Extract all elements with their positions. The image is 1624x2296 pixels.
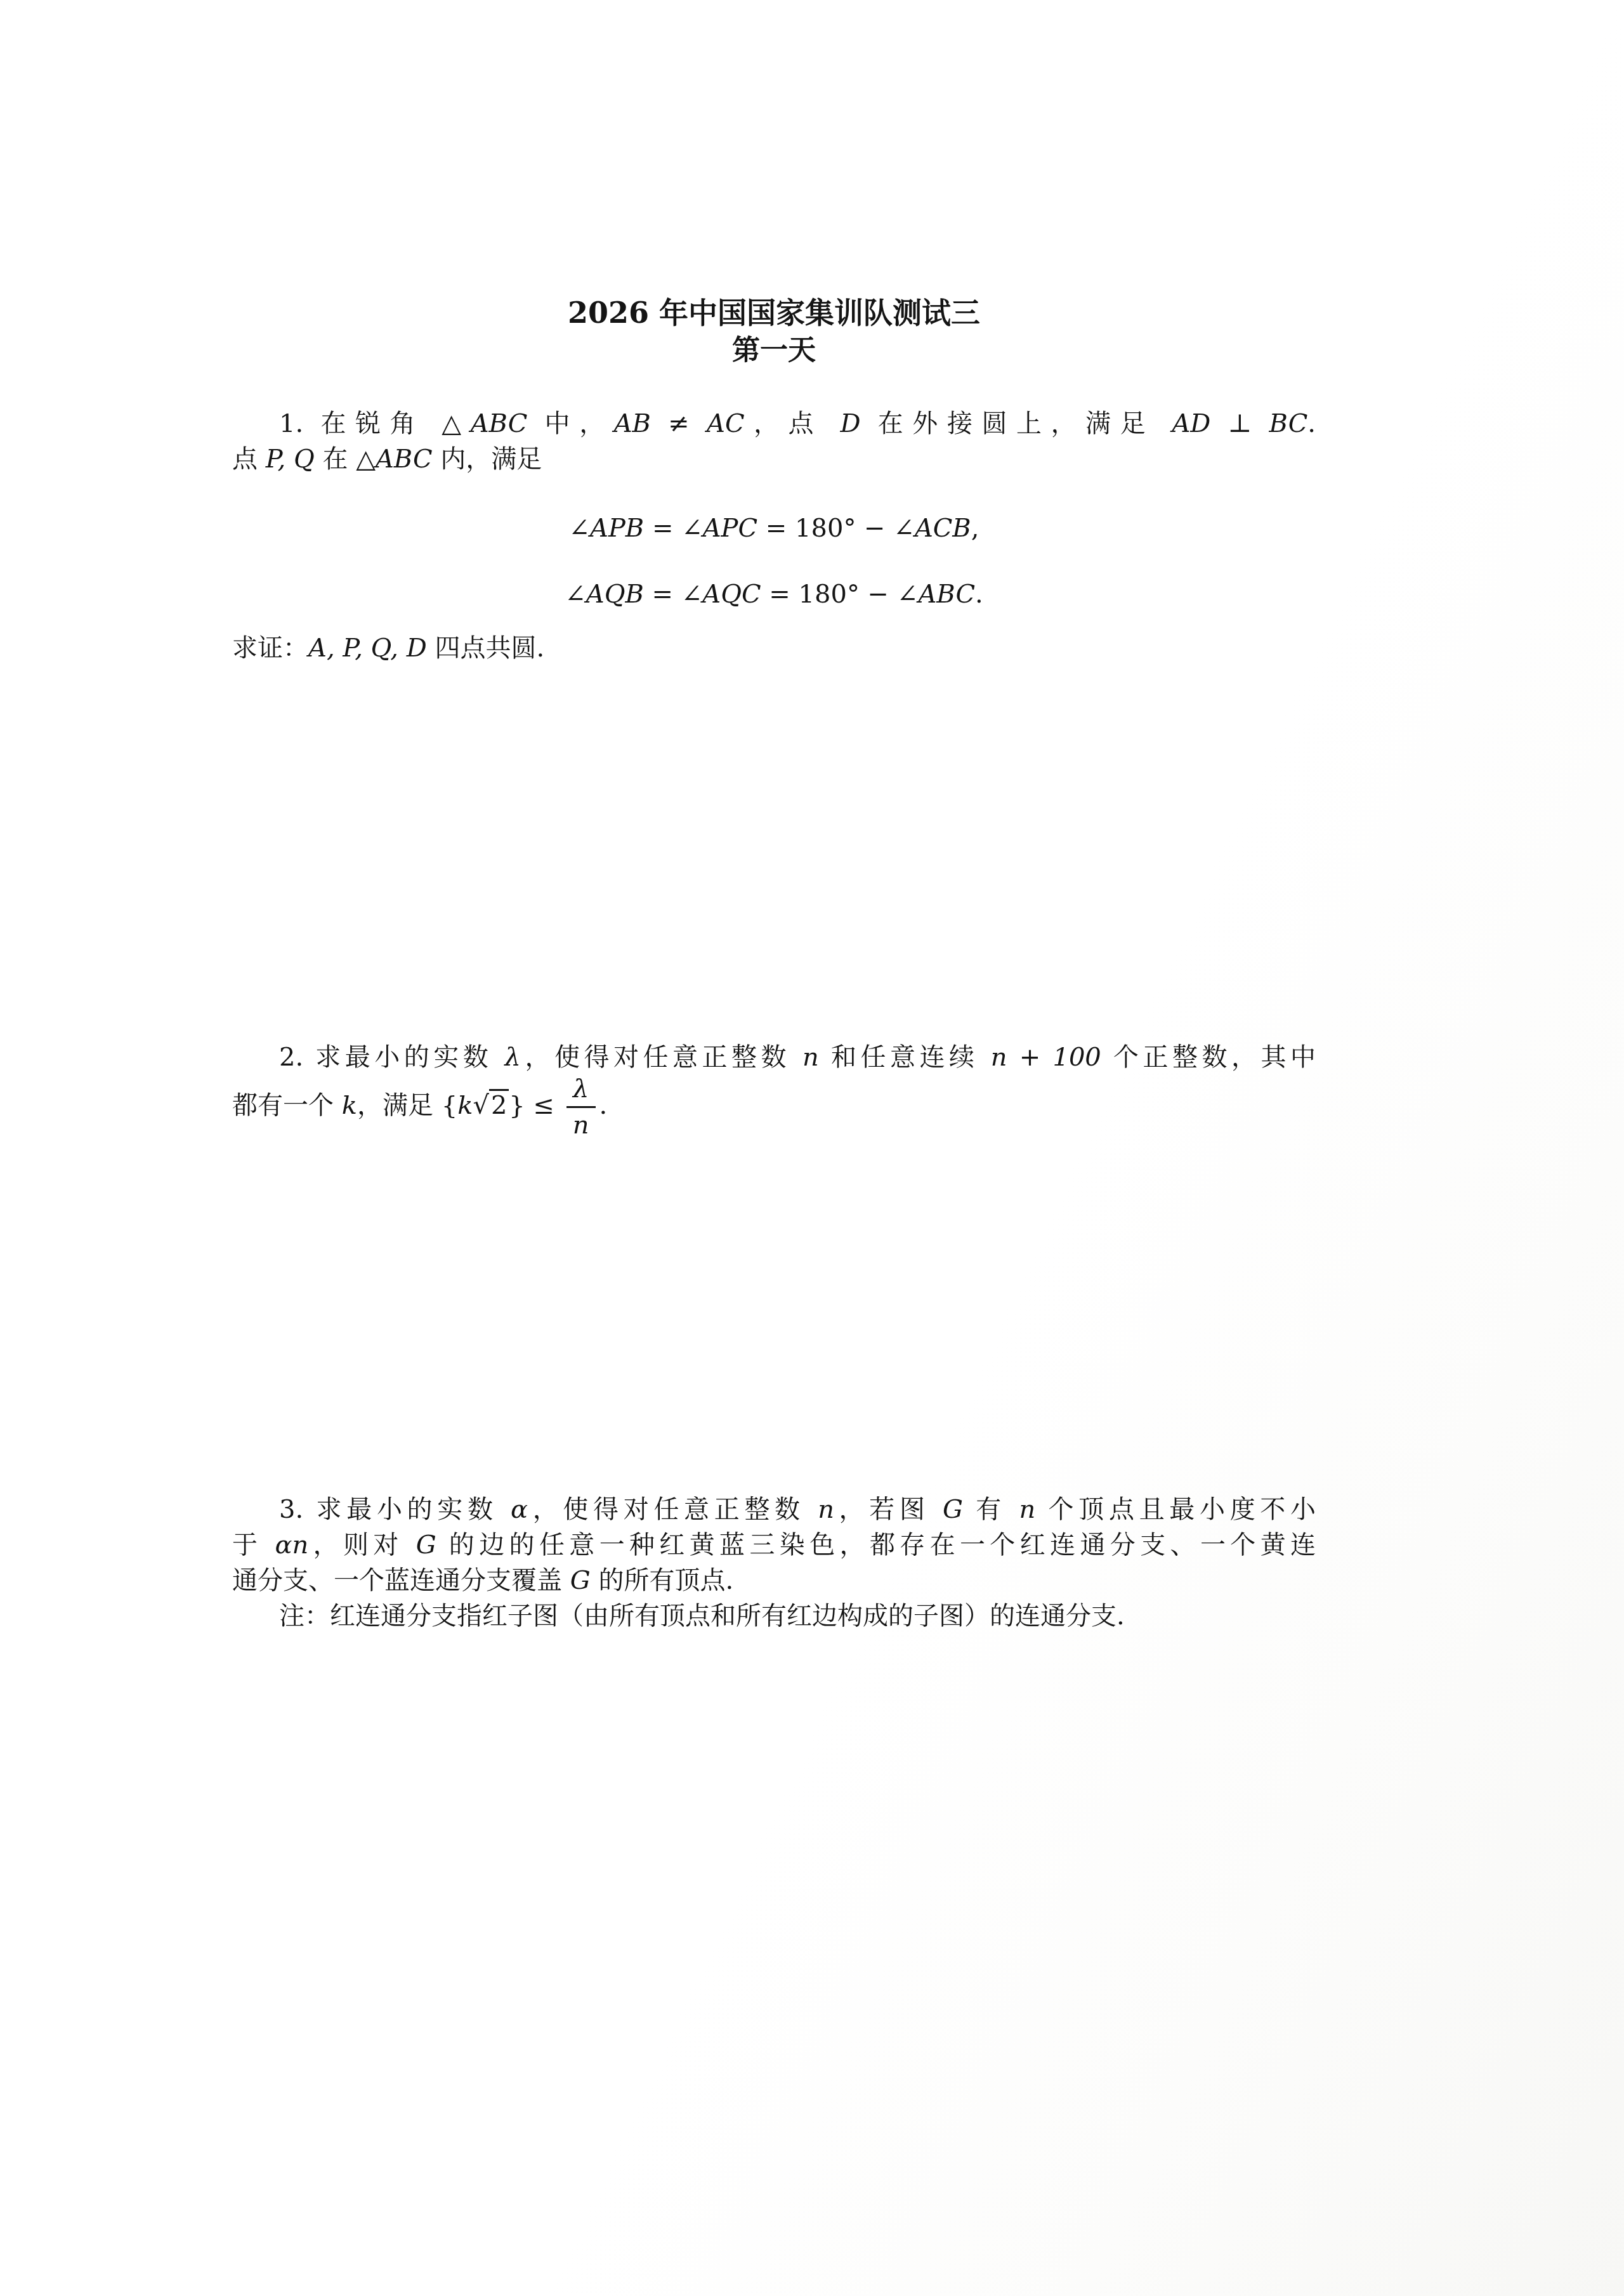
problem-1-line-1: 1. 在锐角 △ABC 中，AB ≠ AC，点 D 在外接圆上，满足 AD ⊥ … xyxy=(232,406,1316,441)
problem-2: 2. 求最小的实数 λ，使得对任意正整数 n 和任意连续 n + 100 个正整… xyxy=(232,1040,1316,1139)
problem-3: 3. 求最小的实数 α，使得对任意正整数 n，若图 G 有 n 个顶点且最小度不… xyxy=(232,1492,1316,1634)
problem-1-conclusion: 求证：A, P, Q, D 四点共圆. xyxy=(232,630,1316,666)
document-subtitle: 第一天 xyxy=(232,332,1316,369)
problem-1-prove-line: 求证：A, P, Q, D 四点共圆. xyxy=(232,630,1316,666)
document-title: 2026 年中国国家集训队测试三 xyxy=(232,293,1316,332)
problem-1: 1. 在锐角 △ABC 中，AB ≠ AC，点 D 在外接圆上，满足 AD ⊥ … xyxy=(232,406,1316,477)
problem-1-line-2: 点 P, Q 在 △ABC 内，满足 xyxy=(232,441,1316,477)
problem-1-equation-2: ∠AQB = ∠AQC = 180° − ∠ABC. xyxy=(232,577,1316,612)
problem-3-line-1: 3. 求最小的实数 α，使得对任意正整数 n，若图 G 有 n 个顶点且最小度不… xyxy=(232,1492,1316,1527)
problem-3-line-2: 于 αn，则对 G 的边的任意一种红黄蓝三染色，都存在一个红连通分支、一个黄连 xyxy=(232,1527,1316,1563)
problem-3-note-line: 注：红连通分支指红子图（由所有顶点和所有红边构成的子图）的连通分支. xyxy=(232,1598,1316,1634)
problem-2-line-2: 都有一个 k，满足 {k√2} ≤ λn. xyxy=(232,1075,1316,1139)
document-page: 2026 年中国国家集训队测试三 第一天 1. 在锐角 △ABC 中，AB ≠ … xyxy=(0,0,1624,2296)
problem-3-line-3: 通分支、一个蓝连通分支覆盖 G 的所有顶点. xyxy=(232,1563,1316,1598)
problem-1-equation-1: ∠APB = ∠APC = 180° − ∠ACB, xyxy=(232,511,1316,546)
document-header: 2026 年中国国家集训队测试三 第一天 xyxy=(232,293,1316,369)
problem-2-line-1: 2. 求最小的实数 λ，使得对任意正整数 n 和任意连续 n + 100 个正整… xyxy=(232,1040,1316,1075)
